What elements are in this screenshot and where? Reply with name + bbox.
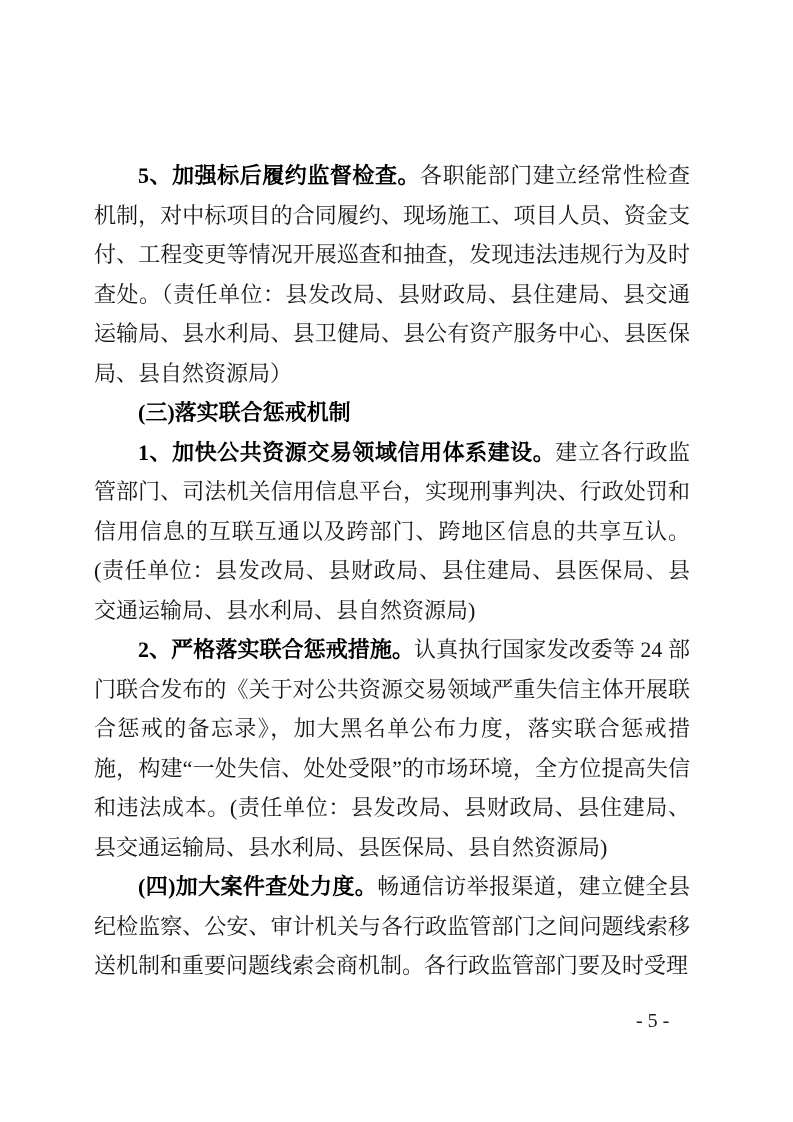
document-page: 5、加强标后履约监督检查。各职能部门建立经常性检查机制，对中标项目的合同履约、现… bbox=[0, 0, 793, 1122]
page-number: - 5 - bbox=[636, 1010, 669, 1033]
paragraph-lead: 2、严格落实联合惩戒措施。 bbox=[138, 637, 414, 662]
paragraph-section4-case-investigation: (四)加大案件查处力度。畅通信访举报渠道，建立健全县纪检监察、公安、审计机关与各… bbox=[94, 867, 690, 986]
paragraph-lead: 1、加快公共资源交易领域信用体系建设。 bbox=[138, 440, 555, 465]
paragraph-body-text: 各职能部门建立经常性检查机制，对中标项目的合同履约、现场施工、项目人员、资金支付… bbox=[94, 163, 690, 386]
section-heading-text: (三)落实联合惩戒机制 bbox=[138, 400, 351, 425]
paragraph-item2-punishment-measures: 2、严格落实联合惩戒措施。认真执行国家发改委等 24 部门联合发布的《关于对公共… bbox=[94, 630, 690, 867]
document-body: 5、加强标后履约监督检查。各职能部门建立经常性检查机制，对中标项目的合同履约、现… bbox=[94, 156, 690, 986]
section-heading-joint-punishment: (三)落实联合惩戒机制 bbox=[94, 393, 690, 433]
paragraph-lead: (四)加大案件查处力度。 bbox=[138, 874, 377, 899]
paragraph-body-text: 建立各行政监管部门、司法机关信用信息平台，实现刑事判决、行政处罚和信用信息的互联… bbox=[94, 440, 690, 623]
paragraph-item5-post-award-supervision: 5、加强标后履约监督检查。各职能部门建立经常性检查机制，对中标项目的合同履约、现… bbox=[94, 156, 690, 393]
paragraph-lead: 5、加强标后履约监督检查。 bbox=[138, 163, 420, 188]
paragraph-item1-credit-system: 1、加快公共资源交易领域信用体系建设。建立各行政监管部门、司法机关信用信息平台，… bbox=[94, 433, 690, 631]
paragraph-body-text: 认真执行国家发改委等 24 部门联合发布的《关于对公共资源交易领域严重失信主体开… bbox=[94, 637, 690, 860]
